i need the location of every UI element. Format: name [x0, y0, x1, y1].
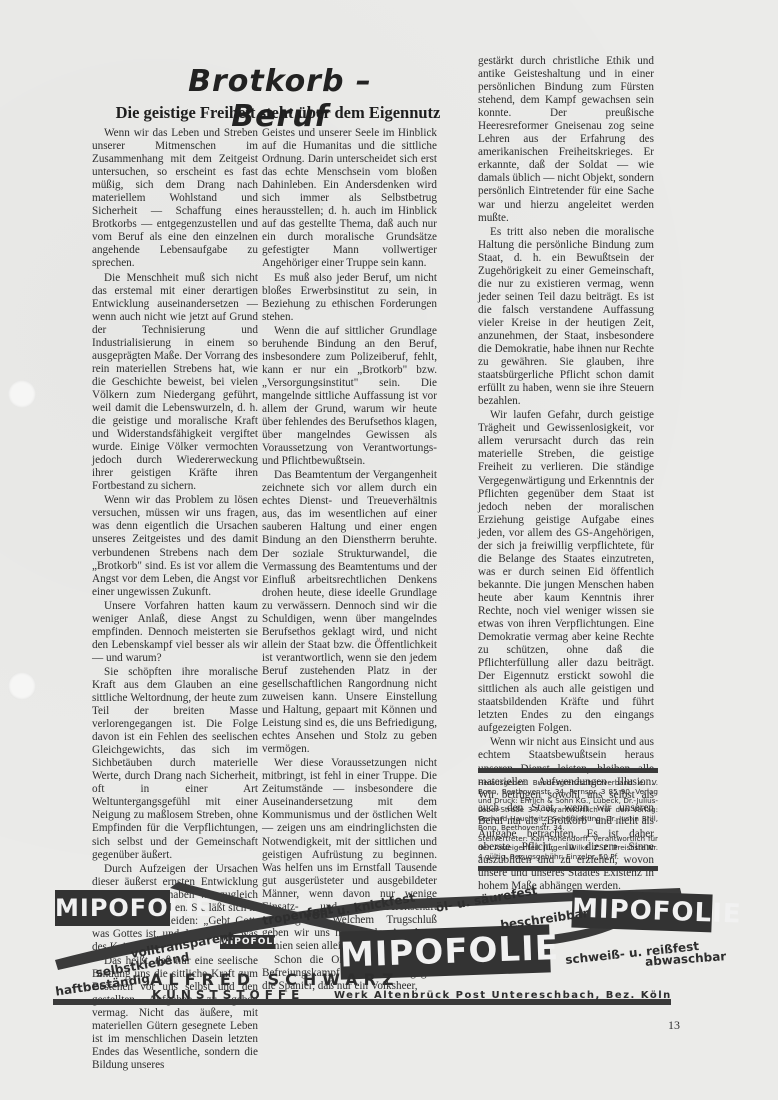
paragraph: Es muß also jeder Beruf, um nicht bloßes…: [262, 272, 437, 324]
paragraph: Es tritt also neben die moralische Haltu…: [478, 226, 654, 409]
paragraph: Wenn die auf sittlicher Grundlage beruhe…: [262, 325, 437, 469]
mipofolie-logo: MIPOFOLIE: [55, 890, 170, 926]
paragraph: Unsere Vorfahren hatten kaum weniger Anl…: [92, 600, 258, 665]
paragraph: Die Menschheit muß sich nicht das erstem…: [92, 272, 258, 494]
paragraph: Das Beamtentum der Vergangenheit zeichne…: [262, 469, 437, 756]
paragraph: Wenn wir das Problem zu lösen versuchen,…: [92, 494, 258, 598]
company-subtitle: KUNSTSTOFFE: [152, 988, 304, 1002]
paragraph: gestärkt durch christliche Ethik und ant…: [478, 55, 654, 225]
article-subtitle: Die geistige Freiheit steht über dem Eig…: [88, 103, 468, 123]
imprint-bottom-rule: [478, 866, 658, 871]
paragraph: Wenn wir das Leben und Streben unserer M…: [92, 127, 258, 271]
imprint-box: Herausgeber: Bundesgrenzschutzverband e.…: [478, 778, 658, 862]
punch-hole: [8, 380, 36, 408]
paragraph: Wir laufen Gefahr, durch geistige Träghe…: [478, 409, 654, 735]
magazine-page: Brotkorb – Beruf Die geistige Freiheit s…: [0, 0, 778, 1100]
article-title: Brotkorb – Beruf: [140, 64, 420, 134]
paragraph: Sie schöpften ihre moralische Kraft aus …: [92, 666, 258, 862]
imprint-top-rule: [478, 768, 658, 773]
mipofolie-advertisement: MIPOFOLIE MIPOFOLIE MIPOFOLIE MIPOFOLIE …: [50, 880, 700, 1010]
mipofolie-logo-right: MIPOFOLIE: [571, 890, 712, 933]
page-number: 13: [668, 1018, 680, 1033]
imprint-publisher: Herausgeber: Bundesgrenzschutzverband e.…: [478, 778, 658, 833]
punch-hole: [8, 672, 36, 700]
imprint-editorial: Stellvertreter: Karl Hohendorff. Verantw…: [478, 834, 658, 861]
company-name: ALFRED SCHWARZ: [150, 970, 400, 989]
article-column-2: Geistes und unserer Seele im Hinblick au…: [262, 127, 437, 994]
paragraph: Geistes und unserer Seele im Hinblick au…: [262, 127, 437, 271]
company-address: Werk Altenbrück Post Untereschbach, Bez.…: [334, 990, 672, 1001]
